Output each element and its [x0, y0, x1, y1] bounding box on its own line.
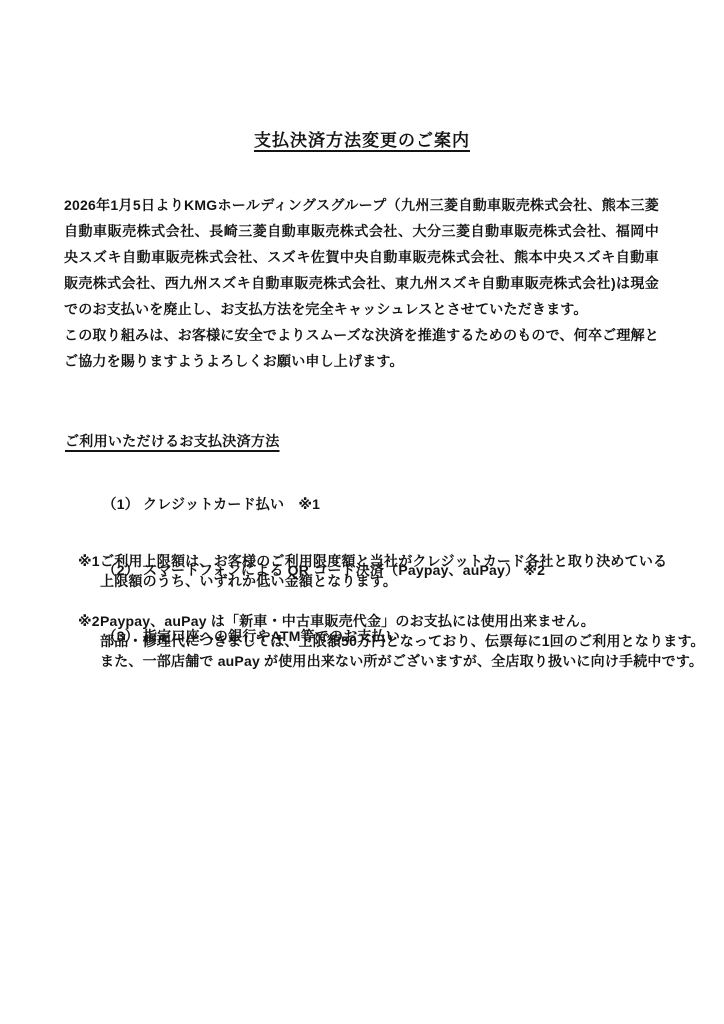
payment-method-item-1: （1）クレジットカード払い ※1: [78, 471, 545, 537]
footnote-1-text: ご利用上限額は、お客様のご利用限度額と当社がクレジットカード各社と取り決めている…: [100, 551, 667, 591]
footnote-line: また、一部店舗で auPay が使用出来ない所がございますが、全店取り扱いに向け…: [100, 651, 705, 671]
intro-paragraph-1: 2026年1月5日よりKMGホールディングスグループ（九州三菱自動車販売株式会社…: [64, 192, 659, 322]
document-title: 支払決済方法変更のご案内: [0, 128, 724, 154]
footnote-1: ※1 ご利用上限額は、お客様のご利用限度額と当社がクレジットカード各社と取り決め…: [78, 551, 667, 591]
intro-section: 2026年1月5日よりKMGホールディングスグループ（九州三菱自動車販売株式会社…: [64, 192, 659, 374]
intro-paragraph-2: この取り組みは、お客様に安全でよりスムーズな決済を推進するためのもので、何卒ご理…: [64, 322, 659, 374]
footnote-1-marker: ※1: [78, 551, 100, 591]
document-page: 支払決済方法変更のご案内 2026年1月5日よりKMGホールディングスグループ（…: [0, 0, 724, 1024]
footnote-2-text: Paypay、auPay は「新車・中古車販売代金」のお支払には使用出来ません。…: [100, 611, 705, 671]
footnote-2-marker: ※2: [78, 611, 100, 671]
payment-method-number: （1）: [103, 496, 139, 512]
footnote-line: ご利用上限額は、お客様のご利用限度額と当社がクレジットカード各社と取り決めている: [100, 551, 667, 571]
footnote-line: 部品・修理代につきましては、上限額50万円となっており、伝票毎に1回のご利用とな…: [100, 631, 705, 651]
footnote-line: Paypay、auPay は「新車・中古車販売代金」のお支払には使用出来ません。: [100, 611, 705, 631]
footnote-2: ※2 Paypay、auPay は「新車・中古車販売代金」のお支払には使用出来ま…: [78, 611, 705, 671]
footnote-line: 上限額のうち、いずれか低い金額となります。: [100, 571, 667, 591]
payment-method-label: クレジットカード払い ※1: [143, 496, 320, 512]
payment-methods-heading-text: ご利用いただけるお支払決済方法: [65, 433, 280, 449]
document-title-text: 支払決済方法変更のご案内: [254, 131, 470, 150]
payment-methods-heading: ご利用いただけるお支払決済方法: [65, 431, 280, 451]
